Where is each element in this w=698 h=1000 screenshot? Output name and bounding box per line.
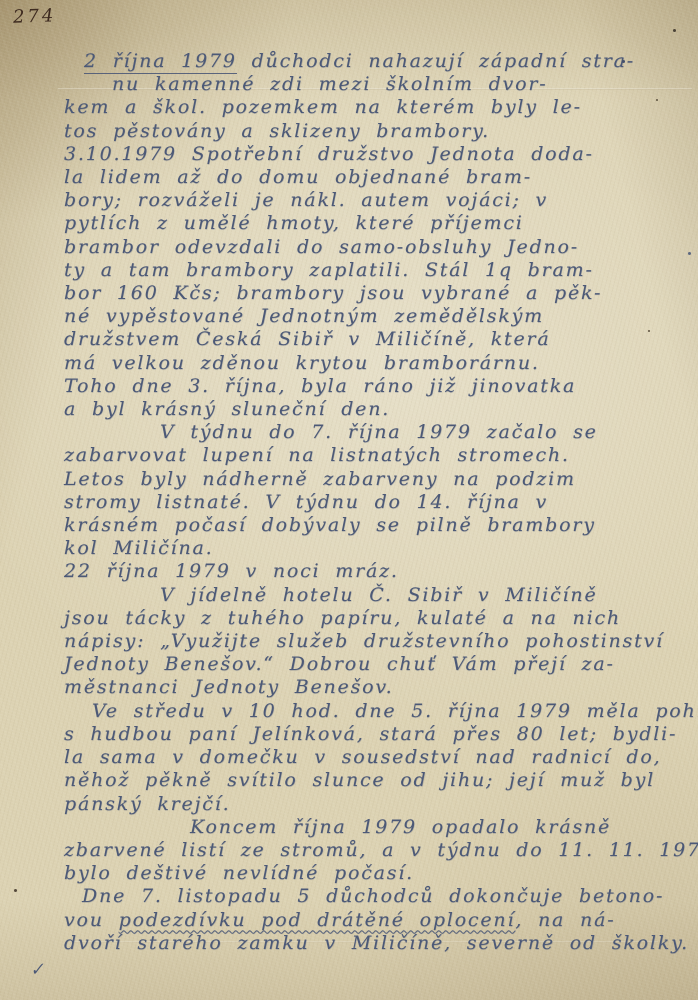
handwritten-line: kem a škol. pozemkem na kterém byly le-: [64, 96, 690, 119]
handwritten-line: pytlích z umělé hmoty, které příjemci: [64, 212, 690, 235]
handwritten-line: Dne 7. listopadu 5 důchodců dokončuje be…: [82, 885, 690, 908]
chronicle-page: { "page": { "number": "274", "checkmark"…: [0, 0, 698, 1000]
check-mark: ✓: [29, 959, 45, 980]
handwritten-line: dvoří starého zamku v Miličíně, severně …: [64, 932, 690, 955]
handwritten-line: tos pěstovány a sklizeny brambory.: [64, 120, 690, 143]
handwritten-line: bylo deštivé nevlídné počasí.: [64, 862, 690, 885]
handwritten-line: bory; rozváželi je nákl. autem vojáci; v: [64, 189, 690, 212]
handwritten-line: kol Miličína.: [64, 537, 690, 560]
handwritten-line: bor 160 Kčs; brambory jsou vybrané a pěk…: [64, 282, 690, 305]
underlined-date: 2 října 1979: [84, 50, 237, 74]
ink-speck: [656, 99, 658, 101]
handwritten-line: 3.10.1979 Spotřební družstvo Jednota dod…: [64, 143, 690, 166]
chronicle-text: 2 října 1979 důchodci nahazují západní s…: [64, 50, 690, 955]
handwritten-line: brambor odevzdali do samo-obsluhy Jedno-: [64, 236, 690, 259]
handwritten-line: s hudbou paní Jelínková, stará přes 80 l…: [64, 723, 690, 746]
handwritten-line: né vypěstované Jednotným zemědělským: [64, 305, 690, 328]
ink-speck: [673, 29, 676, 32]
handwritten-line: jsou tácky z tuhého papíru, kulaté a na …: [64, 607, 690, 630]
handwritten-line: nu kamenné zdi mezi školním dvor-: [112, 73, 690, 96]
handwritten-line: pánský krejčí.: [64, 793, 690, 816]
handwritten-line: družstvem Česká Sibiř v Miličíně, která: [64, 328, 690, 351]
handwritten-line: ty a tam brambory zaplatili. Stál 1q bra…: [64, 259, 690, 282]
handwritten-line: 22 října 1979 v noci mráz.: [64, 560, 690, 583]
ink-speck: [648, 330, 650, 332]
handwritten-line: Letos byly nádherně zabarveny na podzim: [64, 468, 690, 491]
handwritten-line: městnanci Jednoty Benešov.: [64, 676, 690, 699]
handwritten-line: krásném počasí dobývaly se pilně brambor…: [64, 514, 690, 537]
page-number: 274: [13, 5, 57, 28]
handwritten-line: vou podezdívku pod drátěné oplocení, na …: [64, 909, 690, 932]
handwritten-line: Ve středu v 10 hod. dne 5. října 1979 mě…: [92, 700, 690, 723]
underlined-phrase: podezdívku pod drátěné oplocení: [119, 909, 516, 931]
ink-speck: [688, 252, 691, 255]
line-text: , na ná-: [515, 909, 615, 931]
handwritten-line: Toho dne 3. října, byla ráno již jinovat…: [64, 375, 690, 398]
handwritten-line: zbarvené listí ze stromů, a v týdnu do 1…: [64, 839, 690, 862]
handwritten-line: nápisy: „Využijte služeb družstevního po…: [64, 630, 690, 653]
handwritten-line: a byl krásný sluneční den.: [64, 398, 690, 421]
handwritten-line: něhož pěkně svítilo slunce od jihu; její…: [64, 769, 690, 792]
handwritten-line: má velkou zděnou krytou bramborárnu.: [64, 352, 690, 375]
handwritten-line: zabarvovat lupení na listnatých stromech…: [64, 444, 690, 467]
handwritten-line: V jídelně hotelu Č. Sibiř v Miličíně: [160, 584, 690, 607]
handwritten-line: 2 října 1979 důchodci nahazují západní s…: [84, 50, 690, 73]
handwritten-line: la sama v domečku v sousedství nad radni…: [64, 746, 690, 769]
ink-speck: [14, 889, 17, 892]
line-text: důchodci nahazují západní stra-: [237, 50, 635, 72]
handwritten-line: stromy listnaté. V týdnu do 14. října v: [64, 491, 690, 514]
handwritten-line: Koncem října 1979 opadalo krásně: [190, 816, 690, 839]
handwritten-line: Jednoty Benešov.“ Dobrou chuť Vám přejí …: [64, 653, 690, 676]
handwritten-line: V týdnu do 7. října 1979 začalo se: [160, 421, 690, 444]
ink-speck: [622, 60, 625, 63]
line-text: vou: [64, 909, 119, 931]
handwritten-line: la lidem až do domu objednané bram-: [64, 166, 690, 189]
